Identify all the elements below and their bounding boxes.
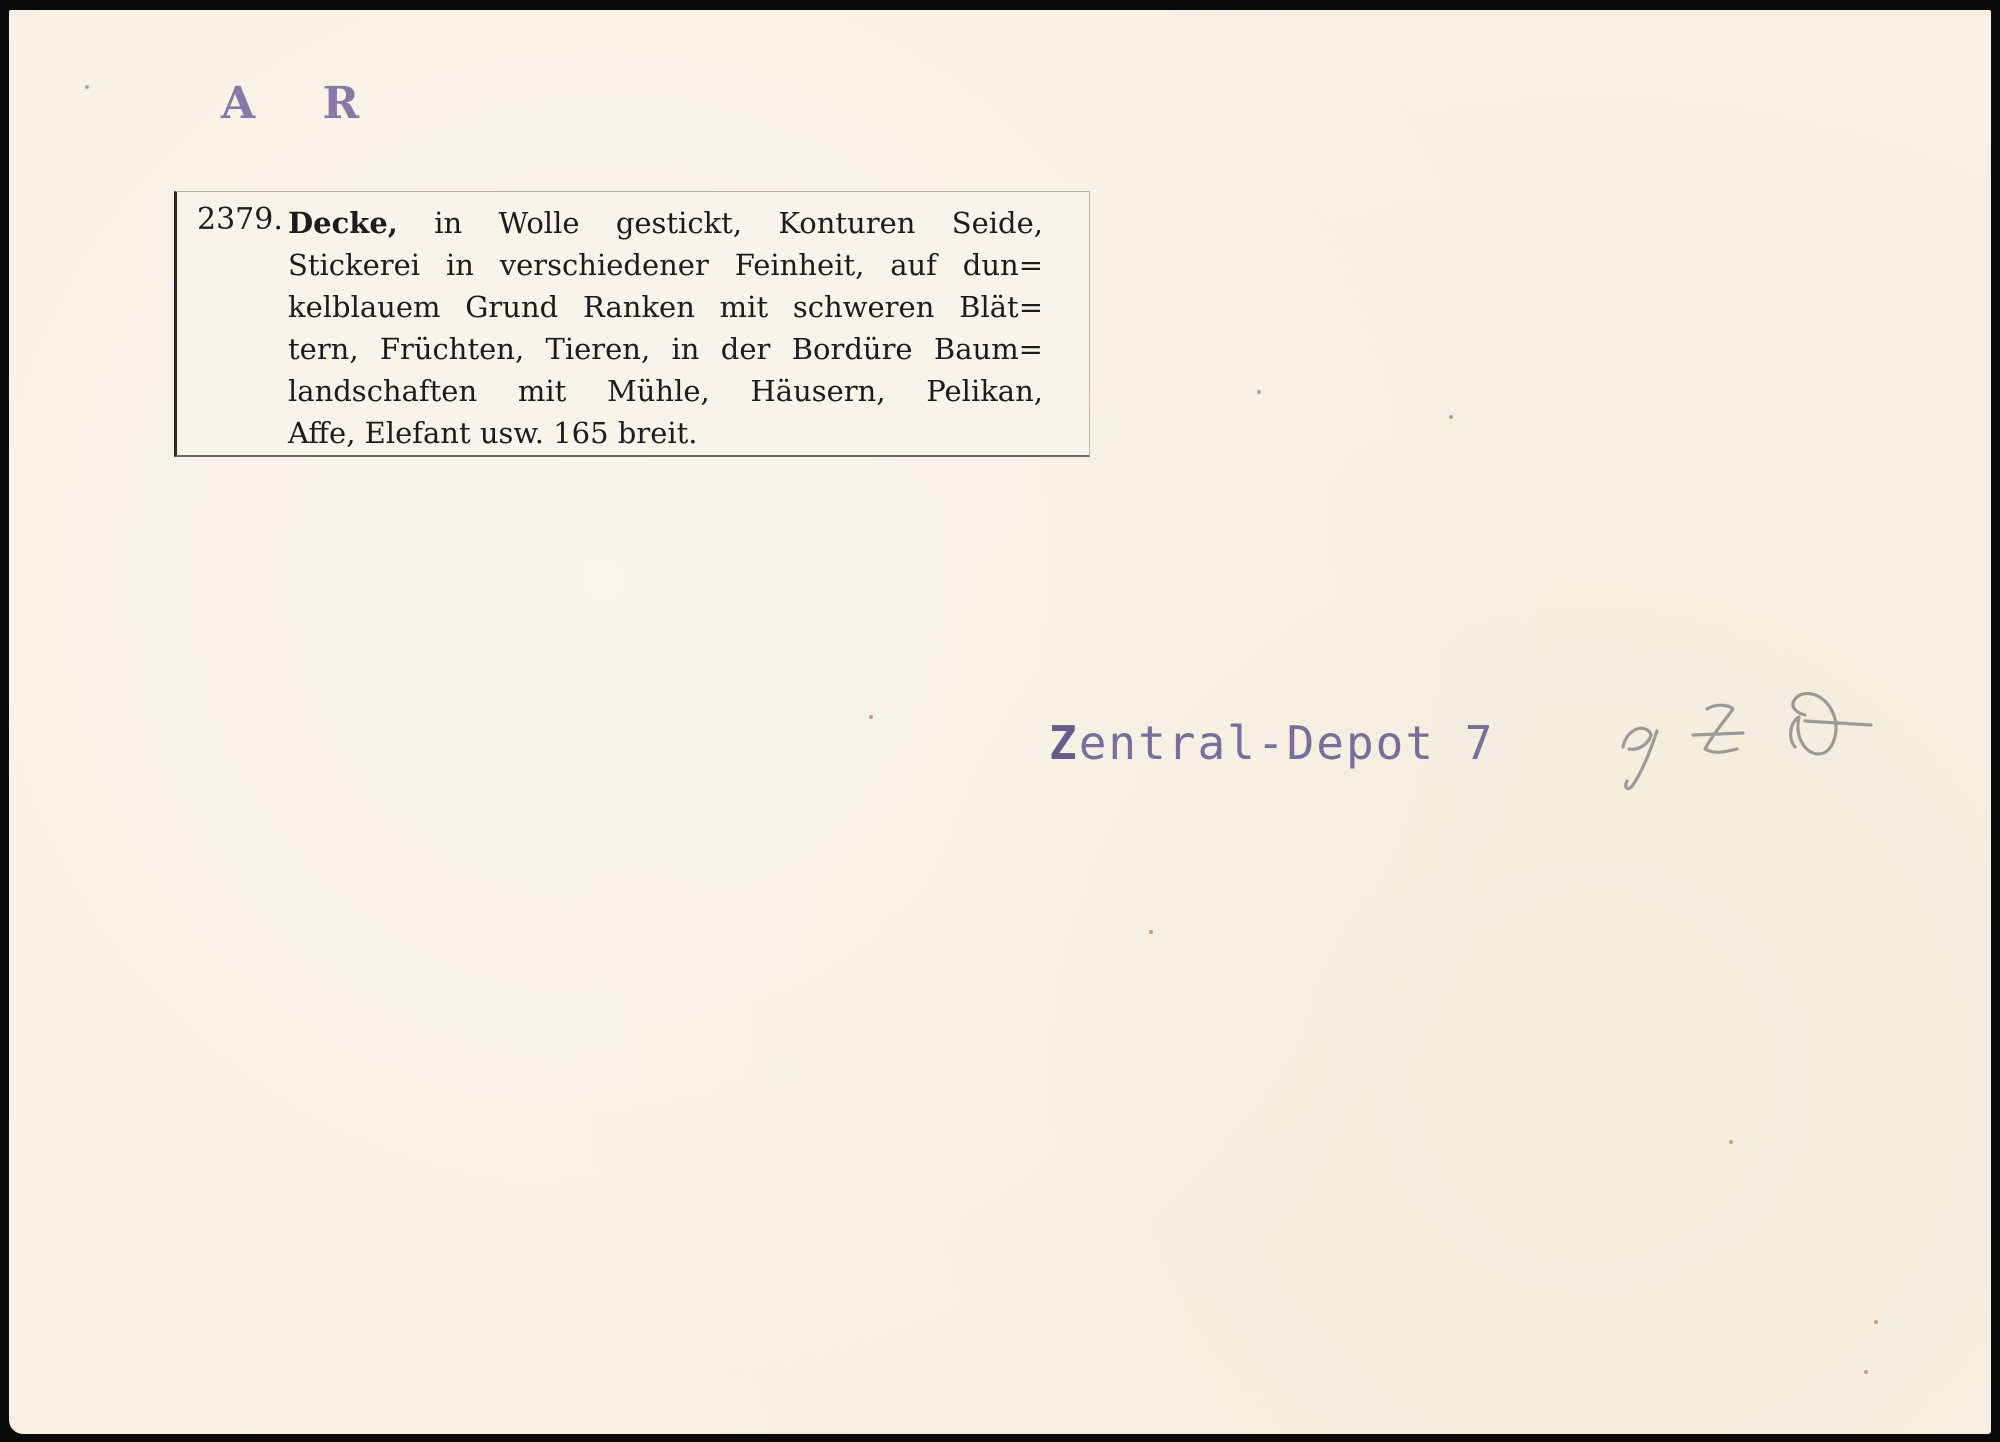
- description-line-1: Decke, in Wolle gestickt, Konturen Seide…: [288, 202, 1043, 244]
- depot-stamp-initial: Z: [1049, 716, 1079, 770]
- description-line-4: tern, Früchten, Tieren, in der Bordüre B…: [288, 328, 1043, 370]
- paper-speck: [1149, 930, 1153, 934]
- item-title: Decke,: [288, 206, 398, 240]
- paper-speck: [1257, 390, 1261, 394]
- paper-speck: [869, 715, 873, 719]
- depot-stamp-text: entral-Depot 7: [1079, 716, 1495, 770]
- description-line-5: landschaften mit Mühle, Häusern, Pelikan…: [288, 370, 1043, 412]
- description-line-2: Stickerei in verschiedener Feinheit, auf…: [288, 244, 1043, 286]
- paper-speck: [85, 85, 89, 89]
- catalog-clipping: 2379. Decke, in Wolle gestickt, Konturen…: [174, 191, 1090, 457]
- description-text: in Wolle gestickt, Konturen Seide,: [398, 206, 1043, 240]
- paper-speck: [1864, 1370, 1868, 1374]
- catalog-description: Decke, in Wolle gestickt, Konturen Seide…: [288, 202, 1043, 454]
- description-line-6: Affe, Elefant usw. 165 breit.: [288, 412, 1043, 454]
- paper-speck: [1729, 1140, 1733, 1144]
- pencil-annotation: [1599, 665, 1879, 795]
- archive-card: A R 2379. Decke, in Wolle gestickt, Kont…: [9, 10, 1991, 1434]
- paper-speck: [1874, 1320, 1878, 1324]
- paper-speck: [1449, 415, 1453, 419]
- catalog-number: 2379.: [197, 202, 283, 237]
- initials-stamp: A R: [221, 78, 385, 129]
- depot-stamp: Zentral-Depot 7: [1049, 716, 1494, 770]
- description-line-3: kelblauem Grund Ranken mit schweren Blät…: [288, 286, 1043, 328]
